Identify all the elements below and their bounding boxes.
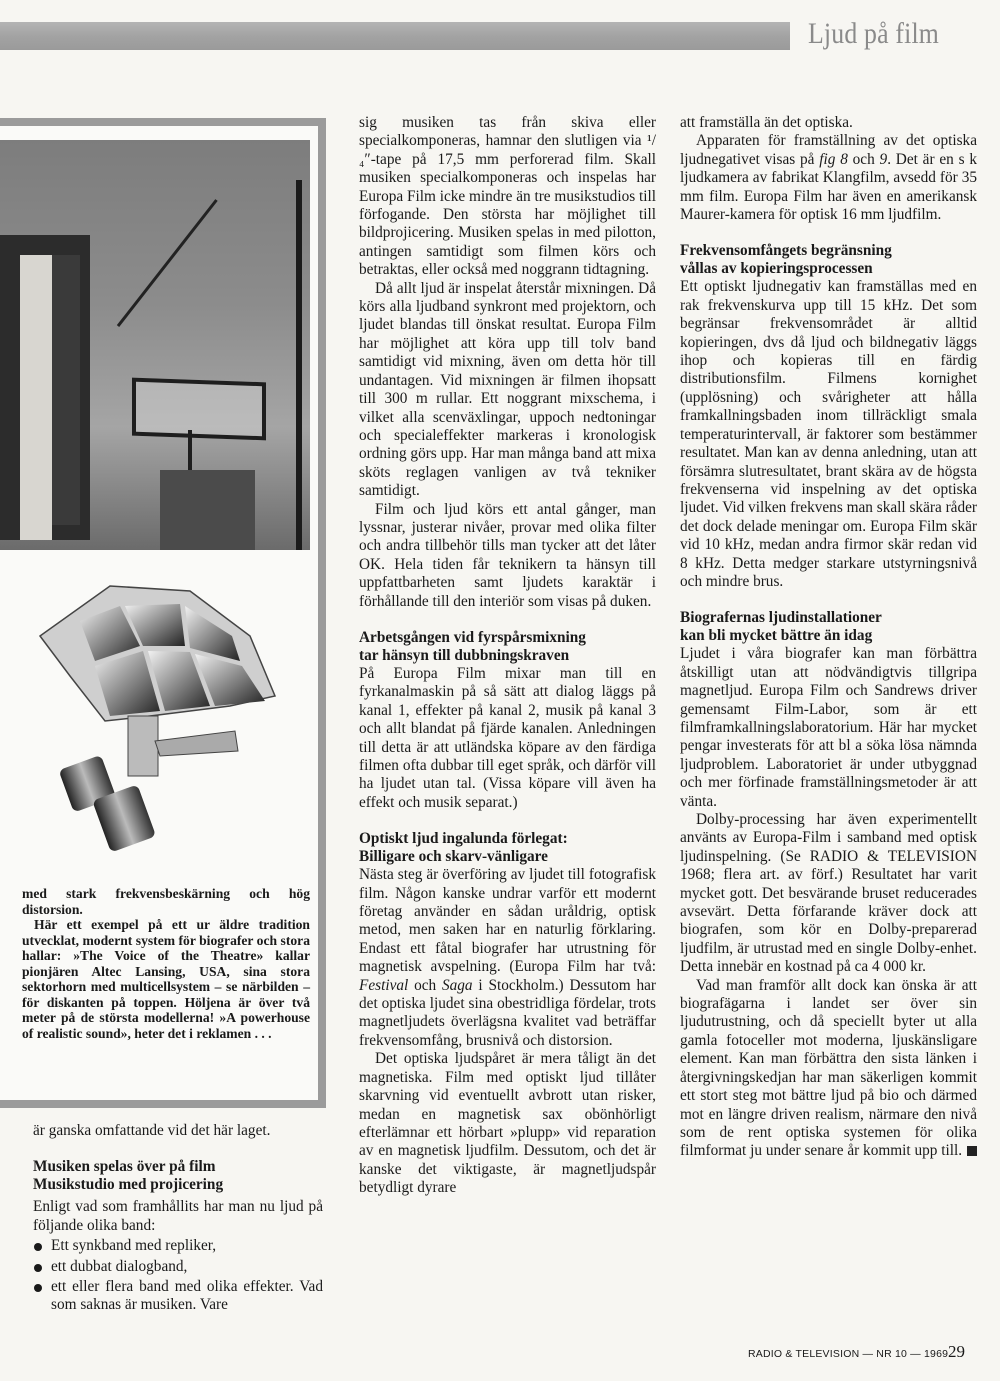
publication-footer: RADIO & TELEVISION — NR 10 — 1969 bbox=[748, 1348, 948, 1360]
body-paragraph: är ganska omfattande vid det här laget. bbox=[33, 1122, 323, 1140]
body-paragraph: Enligt vad som framhållits har man nu lj… bbox=[33, 1198, 323, 1235]
studio-photo bbox=[0, 140, 310, 550]
photo-mic-stand bbox=[296, 180, 302, 550]
body-paragraph: sig musiken tas från skiva eller special… bbox=[359, 114, 656, 280]
cinema-name: Saga bbox=[442, 977, 473, 994]
section-title: Ljud på film bbox=[808, 17, 939, 51]
middle-column: sig musiken tas från skiva eller special… bbox=[359, 114, 656, 1198]
photo-mic-boom bbox=[117, 199, 218, 327]
body-paragraph: Det optiska ljudspåret är mera tåligt än… bbox=[359, 1050, 656, 1197]
text-run: Nästa steg är överföring av ljudet till … bbox=[359, 866, 656, 975]
body-paragraph: Dolby-processing har även experimentellt… bbox=[680, 811, 977, 977]
heading-line: kan bli mycket bättre än idag bbox=[680, 627, 872, 644]
figure-box: med stark frekvensbeskärning och hög dis… bbox=[0, 118, 326, 1108]
body-paragraph: Ljudet i våra biografer kan man förbättr… bbox=[680, 645, 977, 811]
photo-panel-dark bbox=[52, 255, 80, 525]
heading-line: Optiskt ljud ingalunda förlegat: bbox=[359, 830, 568, 847]
bullet-item: Ett synkband med repliker, bbox=[33, 1237, 323, 1255]
caption-paragraph: med stark frekvensbeskärning och hög dis… bbox=[22, 886, 310, 917]
section-header-bar bbox=[0, 22, 790, 50]
photo-panel bbox=[20, 255, 52, 540]
bullet-item: ett eller flera band med olika effekter.… bbox=[33, 1278, 323, 1315]
body-paragraph: Nästa steg är överföring av ljudet till … bbox=[359, 866, 656, 1050]
section-heading: Optiskt ljud ingalunda förlegat: Billiga… bbox=[359, 830, 656, 866]
text-run: och bbox=[408, 977, 442, 994]
end-of-article-icon bbox=[967, 1146, 977, 1156]
body-paragraph: att framställa än det optiska. bbox=[680, 114, 977, 132]
section-heading: Arbetsgången vid fyrspårsmixning tar hän… bbox=[359, 629, 656, 665]
heading-line: Frekvensomfångets begränsning bbox=[680, 242, 892, 259]
section-heading: Frekvensomfångets begränsning vållas av … bbox=[680, 242, 977, 278]
left-column: är ganska omfattande vid det här laget. … bbox=[33, 1122, 323, 1315]
bullet-list: Ett synkband med repliker, ett dubbat di… bbox=[33, 1237, 323, 1315]
heading-line: Musiken spelas över på film bbox=[33, 1158, 215, 1175]
body-paragraph: Vad man framför allt dock kan önska är a… bbox=[680, 977, 977, 1161]
figure-caption: med stark frekvensbeskärning och hög dis… bbox=[22, 886, 310, 1041]
heading-line: Musikstudio med projicering bbox=[33, 1176, 223, 1193]
heading-line: Biografernas ljudinstallationer bbox=[680, 609, 882, 626]
heading-line: vållas av kopieringsprocessen bbox=[680, 260, 873, 277]
figure-reference: fig 8 bbox=[819, 151, 848, 168]
body-paragraph: Apparaten för framställning av det optis… bbox=[680, 132, 977, 224]
right-column: att framställa än det optiska. Apparaten… bbox=[680, 114, 977, 1161]
section-heading: Musiken spelas över på film Musikstudio … bbox=[33, 1158, 323, 1194]
text-run: och bbox=[848, 151, 880, 168]
section-heading: Biografernas ljudinstallationer kan bli … bbox=[680, 609, 977, 645]
cinema-name: Festival bbox=[359, 977, 408, 994]
page-number: 29 bbox=[948, 1342, 965, 1362]
heading-line: tar hänsyn till dubbningskraven bbox=[359, 647, 569, 664]
body-paragraph: Ett optiskt ljudnegativ kan framställas … bbox=[680, 278, 977, 591]
heading-line: Billigare och skarv-vänligare bbox=[359, 848, 548, 865]
caption-paragraph: Här ett exempel på ett ur äldre traditio… bbox=[22, 917, 310, 1041]
bullet-item: ett dubbat dialogband, bbox=[33, 1258, 323, 1276]
text-run: Vad man framför allt dock kan önska är a… bbox=[680, 977, 977, 1160]
body-paragraph: Då allt ljud är inspelat återstår mixnin… bbox=[359, 280, 656, 501]
body-paragraph: På Europa Film mixar man till en fyrkana… bbox=[359, 665, 656, 812]
heading-line: Arbetsgången vid fyrspårsmixning bbox=[359, 629, 586, 646]
body-paragraph: Film och ljud körs ett antal gånger, man… bbox=[359, 501, 656, 611]
speaker-horn-illustration bbox=[10, 566, 310, 866]
photo-music-stand bbox=[132, 378, 266, 441]
photo-chair bbox=[160, 470, 255, 550]
